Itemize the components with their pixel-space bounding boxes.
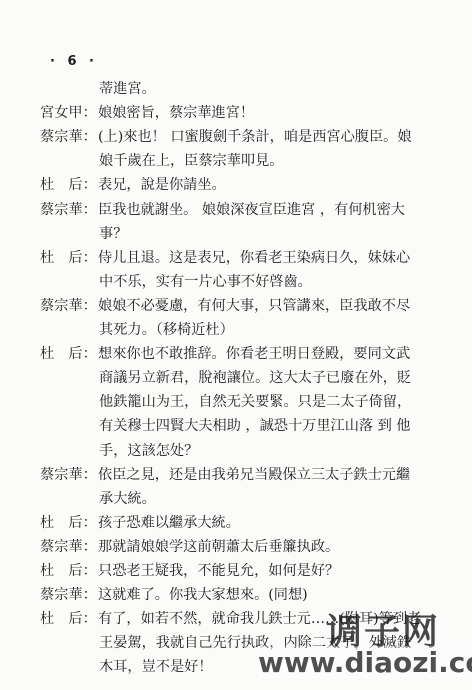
dialogue-text: 娘娘不必憂慮，有何大事，只管講來，臣我敢不尽 xyxy=(98,298,410,314)
dialogue-text: 那就請娘娘学这前朝蕭太后垂簾执政。 xyxy=(98,539,339,555)
dialogue-text: 只恐老王疑我，不能見允，如何是好？ xyxy=(98,563,339,579)
script-line-continuation: 中不乐，实有一片心事不好啓齒。 xyxy=(99,271,312,293)
dialogue-text: 想來你也不敢推辞。你看老王明日登殿，要同文武 xyxy=(98,346,410,362)
script-line-continuation: 他鉄籠山为王，自然无关要緊。只是二太子倚留， xyxy=(99,391,411,413)
page-number: · 6 · xyxy=(50,54,98,69)
script-line-continuation: 有关穆士四賢大夫相助 ，誠恐十万里江山落 到 他 xyxy=(99,415,410,437)
script-line-continuation: 事？ xyxy=(99,223,127,245)
dialogue-text: 娘娘密旨，蔡宗華進宮！ xyxy=(98,105,254,121)
script-line: 杜 后：表兄，說是你請坐。 xyxy=(40,174,226,196)
script-line: 蔡宗華：依臣之見，还是由我弟兄当殿保立三太子鉄士元繼 xyxy=(40,464,410,486)
dialogue-text: 孩子恐难以繼承大統。 xyxy=(98,515,240,531)
speaker-label: 杜 后： xyxy=(40,608,98,630)
script-line-continuation: 蒂進宮。 xyxy=(99,78,156,100)
script-line: 蔡宗華：那就請娘娘学这前朝蕭太后垂簾执政。 xyxy=(40,536,339,558)
speaker-label: 蔡宗華： xyxy=(40,536,98,558)
watermark: 调子网 www.diaozi.com xyxy=(318,604,468,684)
script-line-continuation: 承大統。 xyxy=(99,488,156,510)
script-line: 蔡宗華：(上)來也！ 口蜜腹劍千条計，咱是西宮心腹臣。娘 xyxy=(40,126,412,148)
script-line-continuation: 木耳，豈不是好！ xyxy=(99,656,213,678)
dialogue-text: (上)來也！ 口蜜腹劍千条計，咱是西宮心腹臣。娘 xyxy=(98,129,412,145)
script-line: 宮女甲：娘娘密旨，蔡宗華進宮！ xyxy=(40,102,254,124)
speaker-label: 杜 后： xyxy=(40,247,98,269)
script-line: 蔡宗華：娘娘不必憂慮，有何大事，只管講來，臣我敢不尽 xyxy=(40,295,410,317)
speaker-label: 蔡宗華： xyxy=(40,584,98,606)
dialogue-text: 表兄，說是你請坐。 xyxy=(98,177,226,193)
speaker-label: 蔡宗華： xyxy=(40,199,98,221)
dialogue-text: 侍儿且退。这是表兄，你看老王染病日久，妹妹心 xyxy=(98,250,410,266)
speaker-label: 杜 后： xyxy=(40,512,98,534)
script-line-continuation: 娘千歲在上，臣蔡宗華叩見。 xyxy=(99,150,283,172)
speaker-label: 杜 后： xyxy=(40,174,98,196)
scanned-script-page: · 6 · 蒂進宮。宮女甲：娘娘密旨，蔡宗華進宮！蔡宗華：(上)來也！ 口蜜腹劍… xyxy=(0,0,472,690)
watermark-url: www.diaozi.com xyxy=(258,646,472,679)
script-line: 杜 后：孩子恐难以繼承大統。 xyxy=(40,512,240,534)
dialogue-text: 依臣之見，还是由我弟兄当殿保立三太子鉄士元繼 xyxy=(98,467,410,483)
speaker-label: 蔡宗華： xyxy=(40,295,98,317)
dialogue-text: 这就难了。你我大家想來。(同想) xyxy=(98,587,308,603)
speaker-label: 蔡宗華： xyxy=(40,464,98,486)
speaker-label: 宮女甲： xyxy=(40,102,98,124)
script-line: 蔡宗華：这就难了。你我大家想來。(同想) xyxy=(40,584,308,606)
script-line: 蔡宗華：臣我也就謝坐。 娘娘深夜宣臣進宮 ，有何机密大 xyxy=(40,199,405,221)
script-line-continuation: 手，这該怎处？ xyxy=(99,440,198,462)
script-line-continuation: 其死力。（移椅近杜） xyxy=(99,319,234,341)
dialogue-text: 臣我也就謝坐。 娘娘深夜宣臣進宮 ，有何机密大 xyxy=(98,202,405,218)
script-line: 杜 后：只恐老王疑我，不能見允，如何是好？ xyxy=(40,560,339,582)
speaker-label: 蔡宗華： xyxy=(40,126,98,148)
script-line: 杜 后：想來你也不敢推辞。你看老王明日登殿，要同文武 xyxy=(40,343,410,365)
script-line: 杜 后：侍儿且退。这是表兄，你看老王染病日久，妹妹心 xyxy=(40,247,410,269)
script-line-continuation: 商議另立新君，脫袍讓位。这大太子已廢在外，貶 xyxy=(99,367,411,389)
speaker-label: 杜 后： xyxy=(40,560,98,582)
speaker-label: 杜 后： xyxy=(40,343,98,365)
